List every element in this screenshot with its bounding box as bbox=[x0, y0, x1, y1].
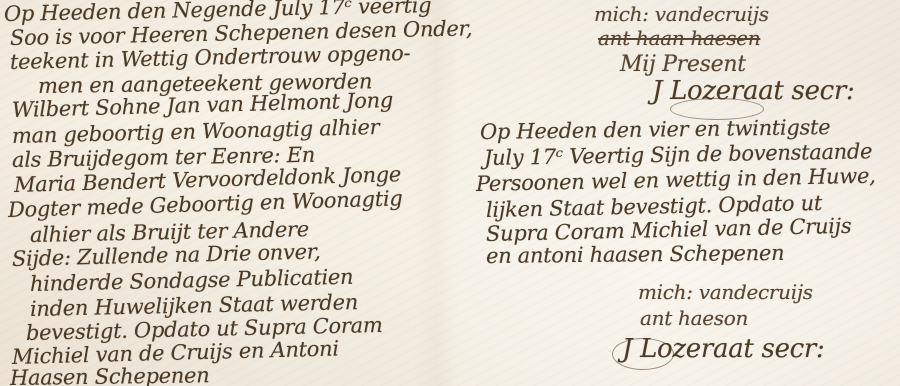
signature-vandecruijs-bottom: mich: vandecruijs bbox=[638, 280, 813, 304]
left-page: Op Heeden den Negende July 17ᶜ veertig S… bbox=[0, 0, 452, 386]
signature-haeson-bottom: ant haeson bbox=[640, 306, 748, 330]
right-line-6: en antoni haasen Schepenen bbox=[486, 241, 785, 268]
signature-flourish-bottom bbox=[612, 338, 674, 370]
witness-present-note: Mij Present bbox=[620, 52, 746, 77]
signature-vandecruijs-top: mich: vandecruijs bbox=[594, 2, 769, 26]
signature-struck-haesen: ant haan haesen bbox=[598, 26, 760, 50]
right-line-1: Op Heeden den vier en twintigste bbox=[480, 115, 831, 144]
manuscript-scan: Op Heeden den Negende July 17ᶜ veertig S… bbox=[0, 0, 900, 386]
left-line-16: Haasen Schepenen bbox=[10, 363, 210, 386]
right-page: mich: vandecruijs ant haan haesen Mij Pr… bbox=[452, 0, 900, 386]
